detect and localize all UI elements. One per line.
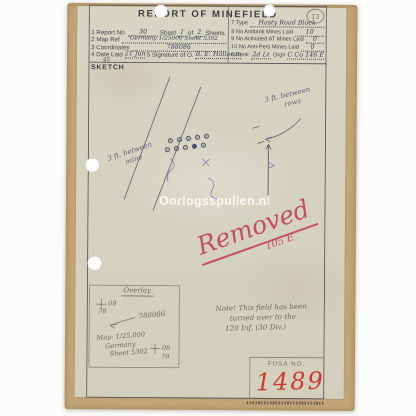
signature-value: B. E. Halloran	[195, 51, 241, 59]
type-value: Hasty Road Block	[250, 19, 324, 28]
orgn-label: Orgn	[273, 52, 285, 59]
signature-label: 5 Signature of O.	[147, 52, 194, 59]
overlay-map-note: Map: 1/25,000 Germany Sheet 5302	[96, 330, 148, 360]
fine-print-line	[247, 401, 325, 404]
overlay-cross-left-northing: 78	[98, 307, 106, 315]
stamp-number: 1489	[255, 367, 325, 397]
handover-note: Note! This field has been turned over to…	[215, 301, 341, 334]
orgn-value: C Co 146 E	[287, 51, 324, 59]
sketch-section-label: SKETCH	[91, 64, 125, 71]
type-label: 7 Type	[231, 20, 248, 27]
rank-value: 2d Lt	[251, 51, 271, 59]
punch-hole	[85, 158, 99, 172]
overlay-cross-right-easting: 08	[162, 343, 170, 351]
date-laid-value: 21 Jun	[125, 50, 145, 58]
overlay-cross-left-easting: 08	[108, 299, 116, 307]
punch-hole	[154, 5, 167, 18]
date-laid-year-value: 45	[103, 57, 110, 63]
overlay-cross-right-northing: 79	[161, 353, 169, 361]
punch-hole	[88, 256, 102, 270]
overlay-title: Overlay	[121, 286, 153, 296]
photo-background: REPORT OF MINEFIELD 13 7 Type Hasty Road…	[0, 0, 416, 416]
watermark-text: Oorlogsspullen.nl	[159, 194, 270, 208]
punch-hole	[263, 4, 275, 16]
